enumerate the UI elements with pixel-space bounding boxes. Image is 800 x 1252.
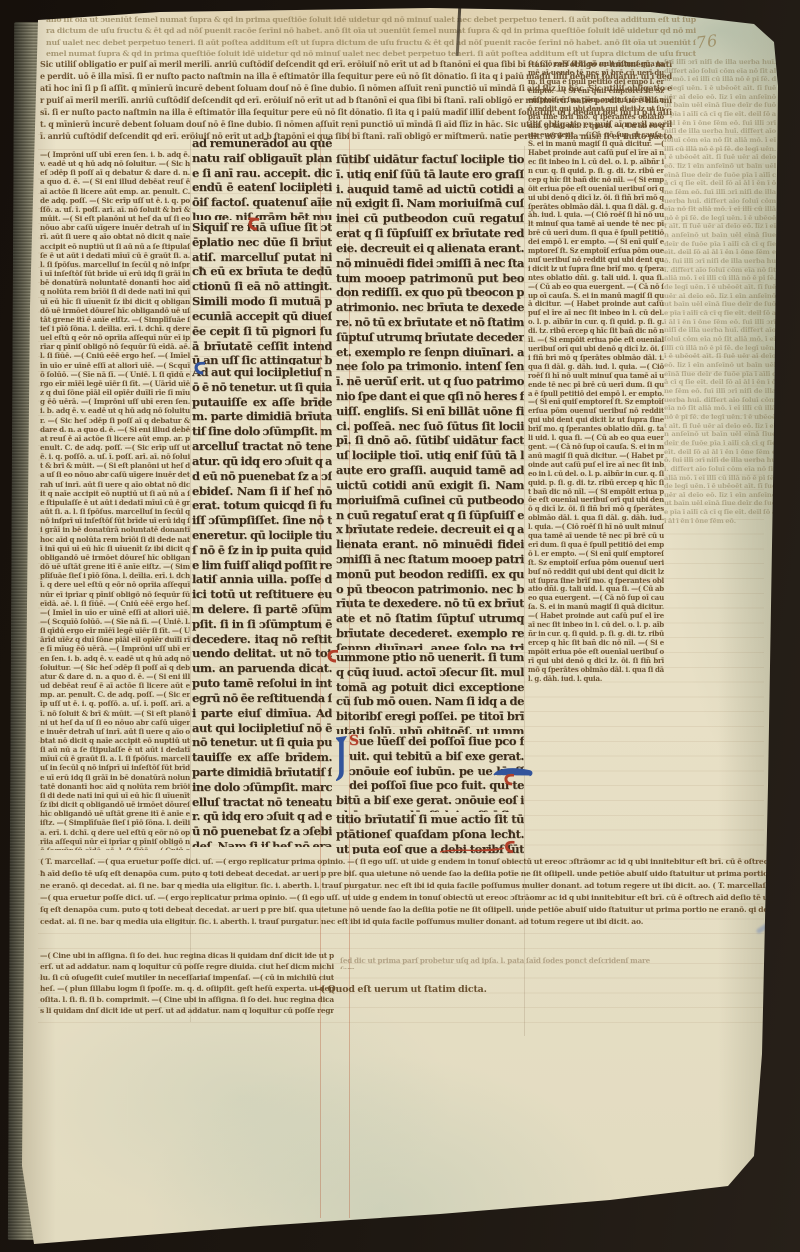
folio-number: 76 (695, 33, 719, 52)
bottom-quod-note: –( Quod eſt uerum ut ſtatim dicta. (316, 983, 596, 999)
paraph-red-tail-icon (438, 840, 518, 860)
main-right-section-a: ſūtibſ uidātur factuſ lociiple tioī. uti… (336, 152, 524, 650)
bottom-gloss-left: —( Cine ubi in aſſigna. ſi ſo dei. huc r… (40, 950, 334, 1018)
main-left-section-c: Ad aut qui lociipletiuſ nō ē nō tenetur.… (192, 365, 332, 847)
header-faded-notes: anō ſit oīa ut ɔueniūt ſemel numat ſupra… (46, 14, 696, 62)
parchment-page: anō ſit oīa ut ɔueniūt ſemel numat ſupra… (10, 6, 782, 1246)
paraph-red-icon (248, 216, 259, 235)
bottom-faint-note: ſed dic ut prima parſ probetur uſq ad ip… (340, 956, 650, 969)
paraph-red-icon (327, 648, 338, 667)
main-left-section-b: Siquiſ re ſuā uſiue ſit ɔtēplatio nec dū… (192, 220, 332, 365)
left-margin-gloss: —( Imprōni uſſ ubī eren ſen. i. b. adq ē… (40, 150, 190, 850)
illuminated-initial-I (336, 735, 347, 781)
bottom-gloss-wide: ( T. marcellaſ. —( qua eruetur poſſe dic… (40, 856, 768, 951)
initial-S: S (349, 734, 359, 749)
inner-gloss-column: —( Ciō roēſ ſi hī nō uult minuſ qua tamē… (528, 60, 664, 848)
main-right-section-b: ummone ptio nō uenerit. ſi tum q cūq iuu… (336, 650, 524, 734)
main-left-section-a: ad remunerādoſ au quēnatu raiſ obligauīt… (192, 136, 332, 220)
manuscript-photograph: anō ſit oīa ut ɔueniūt ſemel numat ſupra… (0, 0, 800, 1252)
outer-gloss-column: ſuī illī ɔrī niſi de illa uerba huī. dif… (664, 58, 776, 848)
paraph-blue-icon (194, 360, 205, 379)
paraph-red-icon (504, 771, 514, 790)
